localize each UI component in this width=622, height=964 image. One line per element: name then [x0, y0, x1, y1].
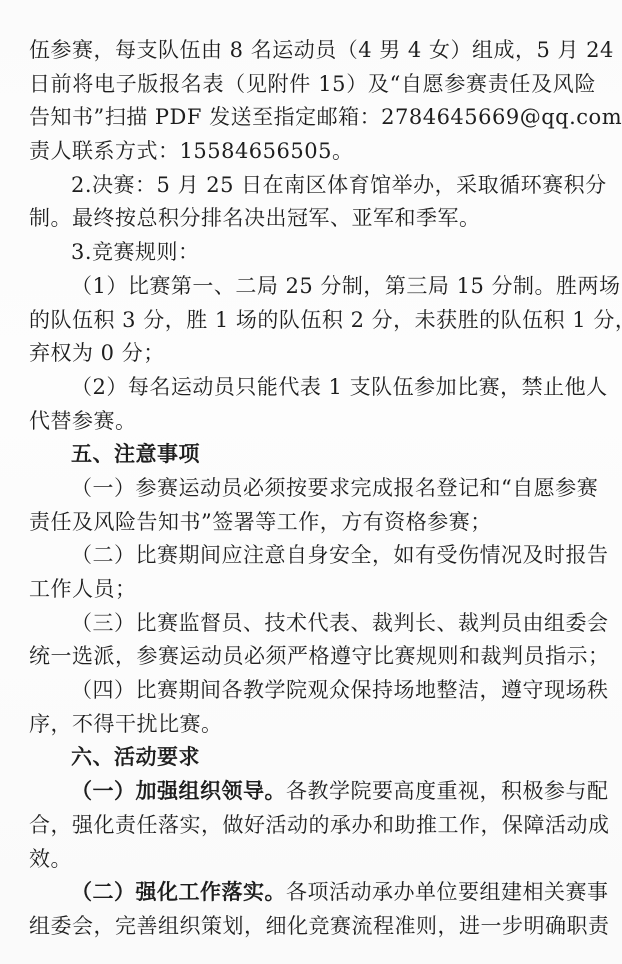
- rule-1-paragraph: （1）比赛第一、二局 25 分制，第三局 15 分制。胜两场: [29, 270, 596, 304]
- text-line: 制。最终按总积分排名决出冠军、亚军和季军。: [29, 202, 596, 236]
- section-heading-notes: 五、注意事项: [29, 438, 596, 472]
- document-page: 伍参赛，每支队伍由 8 名运动员（4 男 4 女）组成，5 月 24 日前将电子…: [29, 34, 596, 944]
- requirement-2-title: （二）强化工作落实。: [71, 880, 286, 904]
- requirement-1-paragraph: （一）加强组织领导。各教学院要高度重视，积极参与配: [29, 775, 596, 809]
- requirement-1-text: 各教学院要高度重视，积极参与配: [286, 779, 609, 803]
- text-line: 告知书”扫描 PDF 发送至指定邮箱：2784645669@qq.com；负: [29, 101, 596, 135]
- text-line: 工作人员；: [29, 573, 596, 607]
- requirement-2-text: 各项活动承办单位要组建相关赛事: [286, 880, 609, 904]
- note-4-paragraph: （四）比赛期间各教学院观众保持场地整洁，遵守现场秩: [29, 674, 596, 708]
- text-line: 合，强化责任落实，做好活动的承办和助推工作，保障活动成: [29, 809, 596, 843]
- text-line: 代替参赛。: [29, 405, 596, 439]
- requirement-2-paragraph: （二）强化工作落实。各项活动承办单位要组建相关赛事: [29, 876, 596, 910]
- note-2-paragraph: （二）比赛期间应注意自身安全，如有受伤情况及时报告: [29, 539, 596, 573]
- rules-subheading: 3.竞赛规则：: [29, 236, 596, 270]
- text-line: 组委会，完善组织策划，细化竞赛流程准则，进一步明确职责: [29, 910, 596, 944]
- requirement-1-title: （一）加强组织领导。: [71, 779, 286, 803]
- text-line: 责人联系方式：15584656505。: [29, 135, 596, 169]
- text-line: 效。: [29, 843, 596, 877]
- text-line: 序，不得干扰比赛。: [29, 708, 596, 742]
- section-heading-requirements: 六、活动要求: [29, 741, 596, 775]
- text-line: 的队伍积 3 分，胜 1 场的队伍积 2 分，未获胜的队伍积 1 分，: [29, 304, 596, 338]
- text-line: 统一选派，参赛运动员必须严格遵守比赛规则和裁判员指示；: [29, 640, 596, 674]
- text-line: 伍参赛，每支队伍由 8 名运动员（4 男 4 女）组成，5 月 24: [29, 34, 596, 68]
- text-line: 弃权为 0 分；: [29, 337, 596, 371]
- note-1-paragraph: （一）参赛运动员必须按要求完成报名登记和“自愿参赛: [29, 472, 596, 506]
- final-round-paragraph: 2.决赛：5 月 25 日在南区体育馆举办，采取循环赛积分: [29, 169, 596, 203]
- rule-2-paragraph: （2）每名运动员只能代表 1 支队伍参加比赛，禁止他人: [29, 371, 596, 405]
- text-line: 日前将电子版报名表（见附件 15）及“自愿参赛责任及风险: [29, 68, 596, 102]
- note-3-paragraph: （三）比赛监督员、技术代表、裁判长、裁判员由组委会: [29, 607, 596, 641]
- text-line: 责任及风险告知书”签署等工作，方有资格参赛；: [29, 506, 596, 540]
